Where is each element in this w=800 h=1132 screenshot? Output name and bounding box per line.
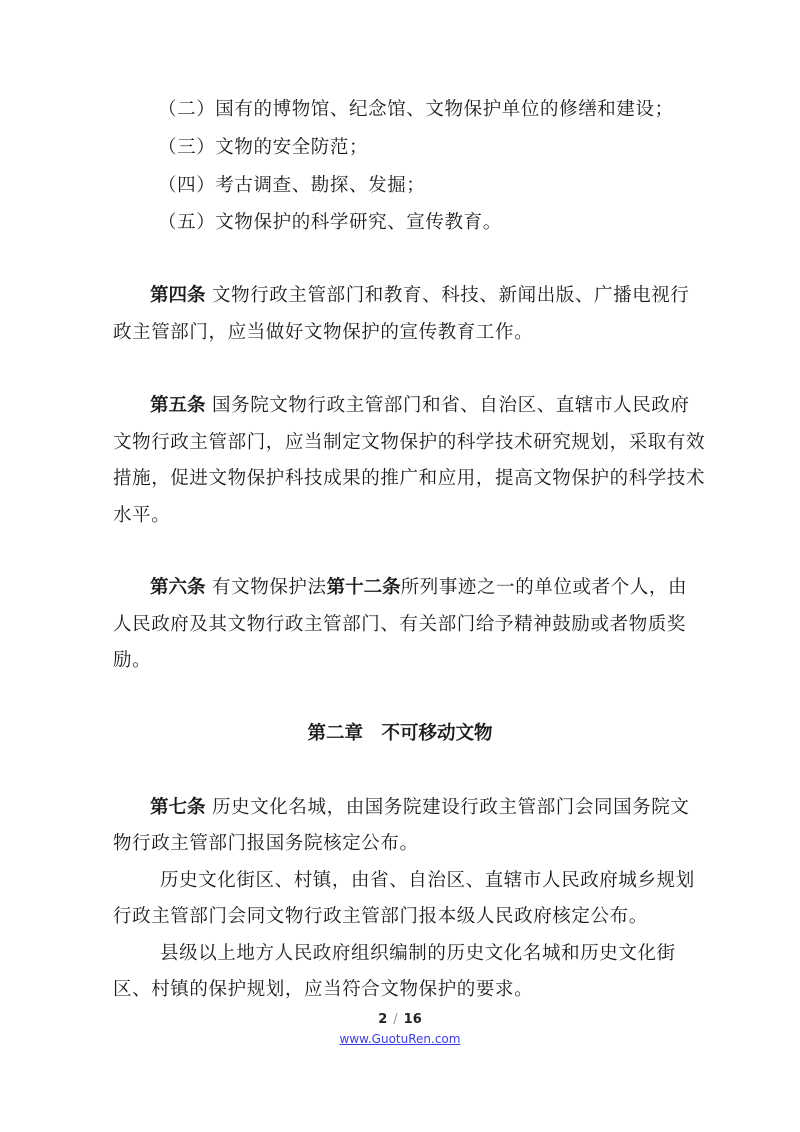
article-5-line: 文物行政主管部门，应当制定文物保护的科学技术研究规划，采取有效 <box>113 431 705 455</box>
page-separator: / <box>393 1012 397 1027</box>
article-7-line: 物行政主管部门报国务院核定公布。 <box>113 832 419 856</box>
article-heading: 第六条 <box>150 577 206 598</box>
page-total: 16 <box>404 1012 422 1027</box>
article-6-line: 人民政府及其文物行政主管部门、有关部门给予精神鼓励或者物质奖 <box>113 613 686 637</box>
page-number: 2/16 <box>0 1012 800 1027</box>
article-7-line: 县级以上地方人民政府组织编制的历史文化名城和历史文化街 <box>160 942 676 966</box>
article-7-line: 行政主管部门会同文物行政主管部门报本级人民政府核定公布。 <box>113 905 648 929</box>
article-4-line: 第四条 文物行政主管部门和教育、科技、新闻出版、广播电视行 <box>150 284 690 308</box>
website-link[interactable]: www.GuotuRen.com <box>0 1032 800 1046</box>
article-7-line: 历史文化街区、村镇，由省、自治区、直辖市人民政府城乡规划 <box>160 869 695 893</box>
article-7-line: 区、村镇的保护规划，应当符合文物保护的要求。 <box>113 978 533 1002</box>
article-5-line: 措施，促进文物保护科技成果的推广和应用，提高文物保护的科学技术 <box>113 467 705 491</box>
list-item: （二）国有的博物馆、纪念馆、文物保护单位的修缮和建设； <box>158 98 674 122</box>
document-page: （二）国有的博物馆、纪念馆、文物保护单位的修缮和建设； （三）文物的安全防范； … <box>0 0 800 1132</box>
article-5-line: 第五条 国务院文物行政主管部门和省、自治区、直辖市人民政府 <box>150 394 690 418</box>
article-reference: 第十二条 <box>327 577 401 598</box>
article-heading: 第七条 <box>150 797 206 818</box>
page-current: 2 <box>378 1012 387 1027</box>
list-item: （四）考古调查、勘探、发掘； <box>158 174 425 198</box>
article-7-line: 第七条 历史文化名城，由国务院建设行政主管部门会同国务院文 <box>150 796 690 820</box>
article-6-line: 第六条 有文物保护法第十二条所列事迹之一的单位或者个人，由 <box>150 576 687 600</box>
list-item: （三）文物的安全防范； <box>158 136 368 160</box>
article-5-line: 水平。 <box>113 504 170 528</box>
article-heading: 第四条 <box>150 285 206 306</box>
chapter-title: 第二章 不可移动文物 <box>0 722 800 746</box>
article-6-line: 励。 <box>113 649 151 673</box>
article-heading: 第五条 <box>150 395 206 416</box>
list-item: （五）文物保护的科学研究、宣传教育。 <box>158 211 502 235</box>
article-4-line: 政主管部门，应当做好文物保护的宣传教育工作。 <box>113 321 533 345</box>
